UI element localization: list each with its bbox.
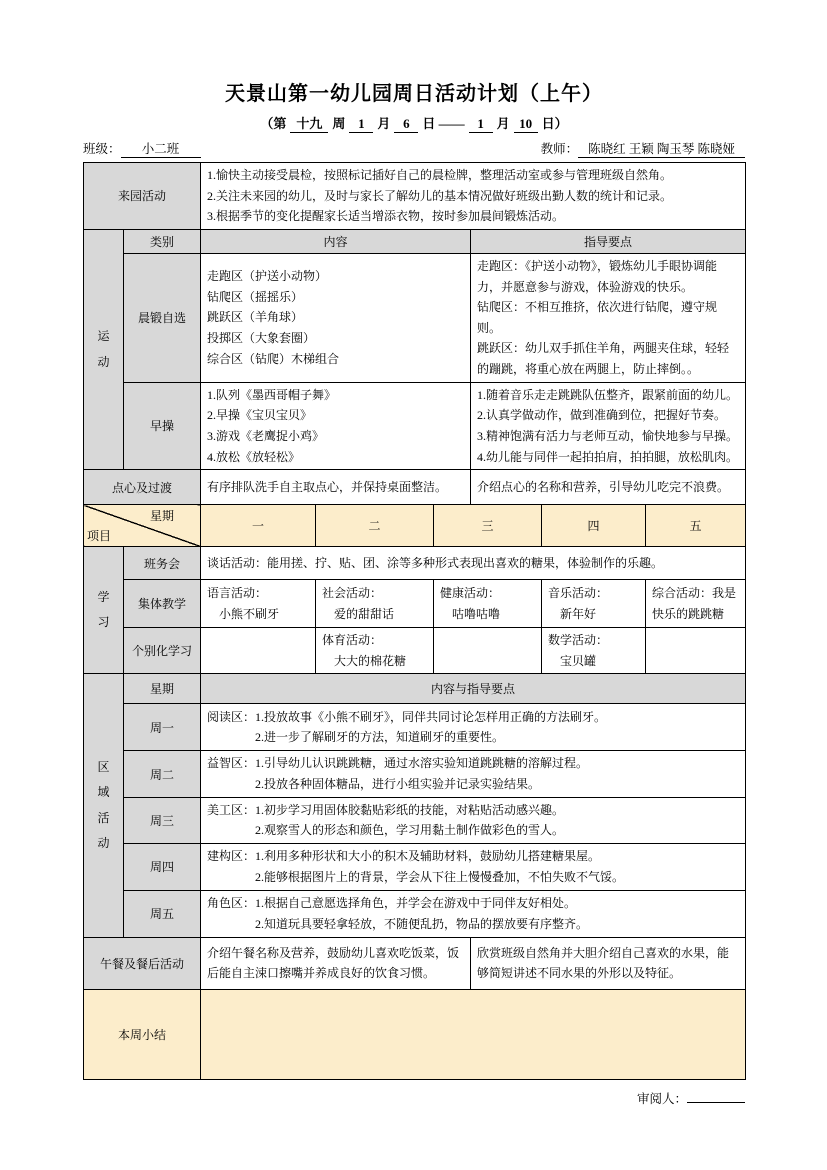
table-summary: 本周小结 <box>83 989 746 1080</box>
lunch-guidance: 欣赏班级自然角并大胆介绍自己喜欢的水果，能够简短讲述不同水果的外形以及特征。 <box>471 937 746 989</box>
info-row: 班级：小二班 教师：陈晓红 王颖 陶玉琴 陈晓娅 <box>83 139 745 158</box>
regional-label: 区域活动 <box>84 674 124 938</box>
table-row: 区域活动 星期 内容与指导要点 <box>84 674 746 704</box>
morning-exercise-free-label: 晨锻自选 <box>124 253 201 382</box>
arrival-label: 来园活动 <box>84 163 201 230</box>
document-content: 天景山第一幼儿园周日活动计划（上午） （第十九周1月6日 ——1月10日） 班级… <box>83 0 745 1107</box>
teacher-field: 教师：陈晓红 王颖 陶玉琴 陈晓娅 <box>541 139 745 158</box>
class-meeting-label: 班务会 <box>124 547 201 580</box>
teacher-value: 陈晓红 王颖 陶玉琴 陈晓娅 <box>578 139 745 158</box>
subtitle-week-char: 周 <box>332 116 345 131</box>
group-teaching-mon: 语言活动： 小熊不刷牙 <box>201 580 316 628</box>
corner-cell: 星期 项目 <box>84 505 201 547</box>
regional-content-mon: 阅读区：1.投放故事《小熊不刷牙》，同伴共同讨论怎样用正确的方法刷牙。 2.进一… <box>201 704 746 751</box>
day-header-mon: 一 <box>201 505 316 547</box>
document-page: 天景山第一幼儿园周日活动计划（上午） （第十九周1月6日 ——1月10日） 班级… <box>0 0 827 1170</box>
individual-learning-thu: 数学活动： 宝贝罐 <box>542 628 646 674</box>
morning-exercise-free-guidance: 走跑区：《护送小动物》，锻炼幼儿手眼协调能力，并愿意参与游戏，体验游戏的快乐。 … <box>471 253 746 382</box>
table-row: 午餐及餐后活动 介绍午餐名称及营养，鼓励幼儿喜欢吃饭菜，饭后能自主涑口擦嘴并养成… <box>84 937 746 989</box>
subtitle-day-char: 日 <box>422 116 435 131</box>
snack-guidance: 介绍点心的名称和营养，引导幼儿吃完不浪费。 <box>471 470 746 505</box>
lunch-label: 午餐及餐后活动 <box>84 937 201 989</box>
individual-learning-wed <box>434 628 542 674</box>
learning-label-text: 学习 <box>97 585 111 635</box>
table-arrival-sports: 来园活动 1.愉快主动接受晨检，按照标记插好自己的晨检牌，整理活动室或参与管理班… <box>83 162 746 505</box>
sports-label: 运动 <box>84 229 124 469</box>
group-teaching-wed: 健康活动： 咕噜咕噜 <box>434 580 542 628</box>
table-row: 点心及过渡 有序排队洗手自主取点心，并保持桌面整洁。 介绍点心的名称和营养，引导… <box>84 470 746 505</box>
subtitle-dash: —— <box>439 116 465 131</box>
table-row: 周三 美工区：1.初步学习用固体胶黏贴彩纸的技能，对粘贴活动感兴趣。 2.观察雪… <box>84 797 746 843</box>
group-teaching-fri: 综合活动：我是快乐的跳跳糖 <box>646 580 746 628</box>
table-row: 周二 益智区：1.引导幼儿认识跳跳糖，通过水溶实验知道跳跳糖的溶解过程。 2.投… <box>84 751 746 797</box>
group-teaching-label: 集体教学 <box>124 580 201 628</box>
reviewer-row: 审阅人： <box>83 1089 745 1107</box>
individual-learning-mon <box>201 628 316 674</box>
end-month-blank: 1 <box>469 116 493 133</box>
regional-content-wed: 美工区：1.初步学习用固体胶黏贴彩纸的技能，对粘贴活动感兴趣。 2.观察雪人的形… <box>201 797 746 843</box>
morning-exercise-free-content: 走跑区（护送小动物） 钻爬区（摇摇乐） 跳跃区（羊角球） 投掷区（大象套圈） 综… <box>201 253 471 382</box>
morning-drill-guidance: 1.随着音乐走走跳跳队伍整齐，跟紧前面的幼儿。 2.认真学做动作，做到准确到位，… <box>471 382 746 470</box>
regional-header-content: 内容与指导要点 <box>201 674 746 704</box>
header-guidance: 指导要点 <box>471 229 746 253</box>
day-header-tue: 二 <box>316 505 434 547</box>
day-header-fri: 五 <box>646 505 746 547</box>
snack-content: 有序排队洗手自主取点心，并保持桌面整洁。 <box>201 470 471 505</box>
snack-label: 点心及过渡 <box>84 470 201 505</box>
regional-header-weekday: 星期 <box>124 674 201 704</box>
reviewer-blank <box>687 1090 745 1103</box>
class-field: 班级：小二班 <box>83 139 201 158</box>
subtitle-prefix: （第 <box>260 116 286 131</box>
table-learning: 星期 项目 一 二 三 四 五 学习 班务会 谈话活动：能用搓、拧、贴、团、涂等… <box>83 504 746 674</box>
lunch-content: 介绍午餐名称及营养，鼓励幼儿喜欢吃饭菜，饭后能自主涑口擦嘴并养成良好的饮食习惯。 <box>201 937 471 989</box>
teacher-label: 教师： <box>541 142 579 156</box>
morning-drill-content: 1.队列《墨西哥帽子舞》 2.早操《宝贝宝贝》 3.游戏《老鹰捉小鸡》 4.放松… <box>201 382 471 470</box>
table-row: 学习 班务会 谈话活动：能用搓、拧、贴、团、涂等多种形式表现出喜欢的糖果，体验制… <box>84 547 746 580</box>
class-label: 班级： <box>83 142 121 156</box>
subtitle-month-char: 月 <box>377 116 390 131</box>
arrival-content: 1.愉快主动接受晨检，按照标记插好自己的晨检牌，整理活动室或参与管理班级自然角。… <box>201 163 746 230</box>
regional-day-mon: 周一 <box>124 704 201 751</box>
corner-project-label: 项目 <box>87 527 111 544</box>
table-lunch: 午餐及餐后活动 介绍午餐名称及营养，鼓励幼儿喜欢吃饭菜，饭后能自主涑口擦嘴并养成… <box>83 937 746 990</box>
individual-learning-label: 个别化学习 <box>124 628 201 674</box>
table-row: 周四 建构区：1.利用多种形状和大小的积木及辅助材料，鼓励幼儿搭建糖果屋。 2.… <box>84 843 746 890</box>
end-day-blank: 10 <box>514 116 538 133</box>
summary-label: 本周小结 <box>84 989 201 1079</box>
regional-content-thu: 建构区：1.利用多种形状和大小的积木及辅助材料，鼓励幼儿搭建糖果屋。 2.能够根… <box>201 843 746 890</box>
table-row: 本周小结 <box>84 989 746 1079</box>
start-day-blank: 6 <box>394 116 418 133</box>
start-month-blank: 1 <box>349 116 373 133</box>
class-value: 小二班 <box>121 139 201 158</box>
table-row: 个别化学习 体育活动： 大大的棉花糖 数学活动： 宝贝罐 <box>84 628 746 674</box>
table-row: 集体教学 语言活动： 小熊不刷牙 社会活动： 爱的甜甜话 健康活动： 咕噜咕噜 … <box>84 580 746 628</box>
individual-learning-tue: 体育活动： 大大的棉花糖 <box>316 628 434 674</box>
reviewer-label: 审阅人： <box>637 1092 687 1106</box>
regional-day-thu: 周四 <box>124 843 201 890</box>
morning-drill-label: 早操 <box>124 382 201 470</box>
regional-day-wed: 周三 <box>124 797 201 843</box>
class-meeting-content: 谈话活动：能用搓、拧、贴、团、涂等多种形式表现出喜欢的糖果，体验制作的乐趣。 <box>201 547 746 580</box>
table-regional: 区域活动 星期 内容与指导要点 周一 阅读区：1.投放故事《小熊不刷牙》，同伴共… <box>83 673 746 938</box>
day-header-wed: 三 <box>434 505 542 547</box>
regional-day-fri: 周五 <box>124 890 201 937</box>
subtitle: （第十九周1月6日 ——1月10日） <box>83 113 745 133</box>
regional-content-fri: 角色区：1.根据自己意愿选择角色，并学会在游戏中于同伴友好相处。 2.知道玩具要… <box>201 890 746 937</box>
header-category: 类别 <box>124 229 201 253</box>
group-teaching-tue: 社会活动： 爱的甜甜话 <box>316 580 434 628</box>
subtitle-month-char2: 月 <box>497 116 510 131</box>
table-row: 运动 类别 内容 指导要点 <box>84 229 746 253</box>
table-row: 早操 1.队列《墨西哥帽子舞》 2.早操《宝贝宝贝》 3.游戏《老鹰捉小鸡》 4… <box>84 382 746 470</box>
sports-label-text: 运动 <box>97 324 111 374</box>
table-row: 晨锻自选 走跑区（护送小动物） 钻爬区（摇摇乐） 跳跃区（羊角球） 投掷区（大象… <box>84 253 746 382</box>
day-header-thu: 四 <box>542 505 646 547</box>
summary-content <box>201 989 746 1079</box>
group-teaching-thu: 音乐活动： 新年好 <box>542 580 646 628</box>
regional-day-tue: 周二 <box>124 751 201 797</box>
subtitle-suffix: 日） <box>542 116 568 131</box>
week-number-blank: 十九 <box>290 113 328 133</box>
table-row: 周五 角色区：1.根据自己意愿选择角色，并学会在游戏中于同伴友好相处。 2.知道… <box>84 890 746 937</box>
learning-label: 学习 <box>84 547 124 674</box>
corner-weekday-label: 星期 <box>150 507 174 524</box>
table-row: 来园活动 1.愉快主动接受晨检，按照标记插好自己的晨检牌，整理活动室或参与管理班… <box>84 163 746 230</box>
page-title: 天景山第一幼儿园周日活动计划（上午） <box>83 82 745 106</box>
regional-label-text: 区域活动 <box>97 755 111 856</box>
header-content: 内容 <box>201 229 471 253</box>
individual-learning-fri <box>646 628 746 674</box>
table-row: 星期 项目 一 二 三 四 五 <box>84 505 746 547</box>
regional-content-tue: 益智区：1.引导幼儿认识跳跳糖，通过水溶实验知道跳跳糖的溶解过程。 2.投放各种… <box>201 751 746 797</box>
table-row: 周一 阅读区：1.投放故事《小熊不刷牙》，同伴共同讨论怎样用正确的方法刷牙。 2… <box>84 704 746 751</box>
